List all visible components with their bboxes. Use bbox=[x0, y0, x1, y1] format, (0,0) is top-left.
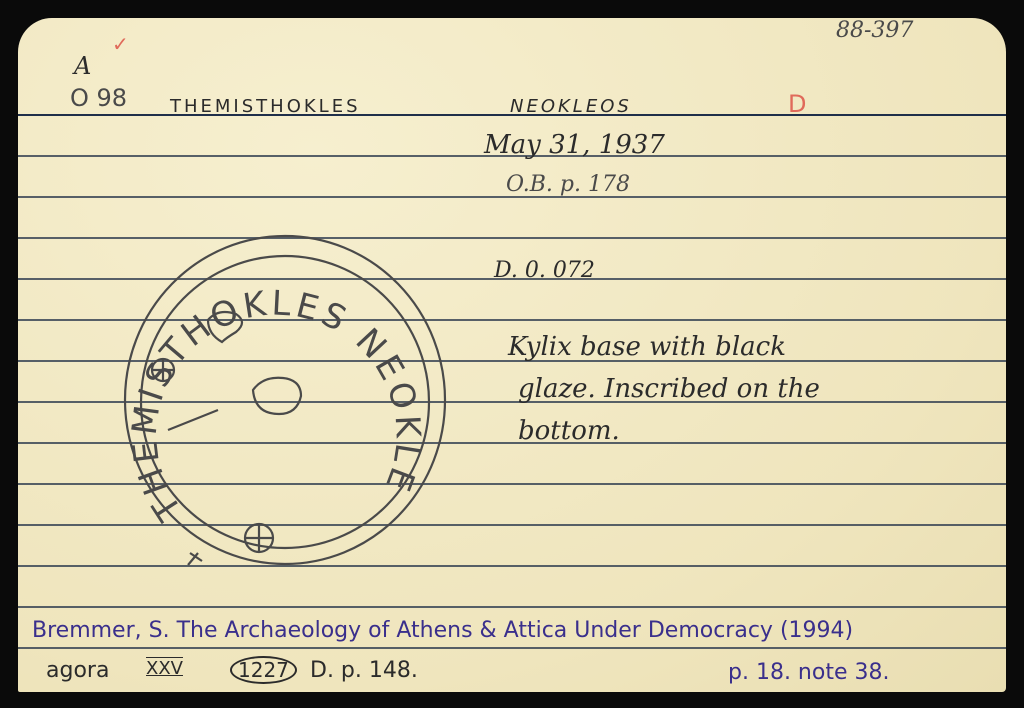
agora-label: agora bbox=[46, 658, 109, 683]
rule-line bbox=[18, 606, 1006, 608]
rule-line bbox=[18, 647, 1006, 649]
agora-reference: D. p. 148. bbox=[310, 658, 418, 683]
agora-catalog-number: 1227 bbox=[230, 656, 297, 684]
deposit-number: D. 0. 072 bbox=[494, 258, 595, 283]
bibliography-line-2: p. 18. note 38. bbox=[728, 660, 889, 685]
description-line-1: Kylix base with black bbox=[508, 332, 786, 362]
notebook-reference: O.B. p. 178 bbox=[506, 172, 630, 197]
ostrakon-drawing-icon: THEMISTHOKLES NEOKLEOS bbox=[113, 230, 453, 570]
inventory-number: O 98 bbox=[70, 84, 127, 112]
red-d-mark: D bbox=[788, 90, 806, 118]
class-letter: A bbox=[74, 52, 91, 80]
description-line-3: bottom. bbox=[518, 416, 620, 446]
excavation-date: May 31, 1937 bbox=[484, 130, 665, 160]
bibliography-line-1: Bremmer, S. The Archaeology of Athens & … bbox=[32, 618, 853, 643]
catalog-number: 88-397 bbox=[836, 18, 913, 43]
index-card: 88-397 A ✓ O 98 THEMISTHOKLES NEOKLEOS D… bbox=[18, 18, 1006, 692]
check-mark-icon: ✓ bbox=[112, 32, 129, 56]
agora-volume: XXV bbox=[146, 658, 183, 679]
description-line-2: glaze. Inscribed on the bbox=[518, 374, 820, 404]
name-part-2: NEOKLEOS bbox=[510, 96, 632, 117]
name-part-1: THEMISTHOKLES bbox=[170, 96, 361, 117]
